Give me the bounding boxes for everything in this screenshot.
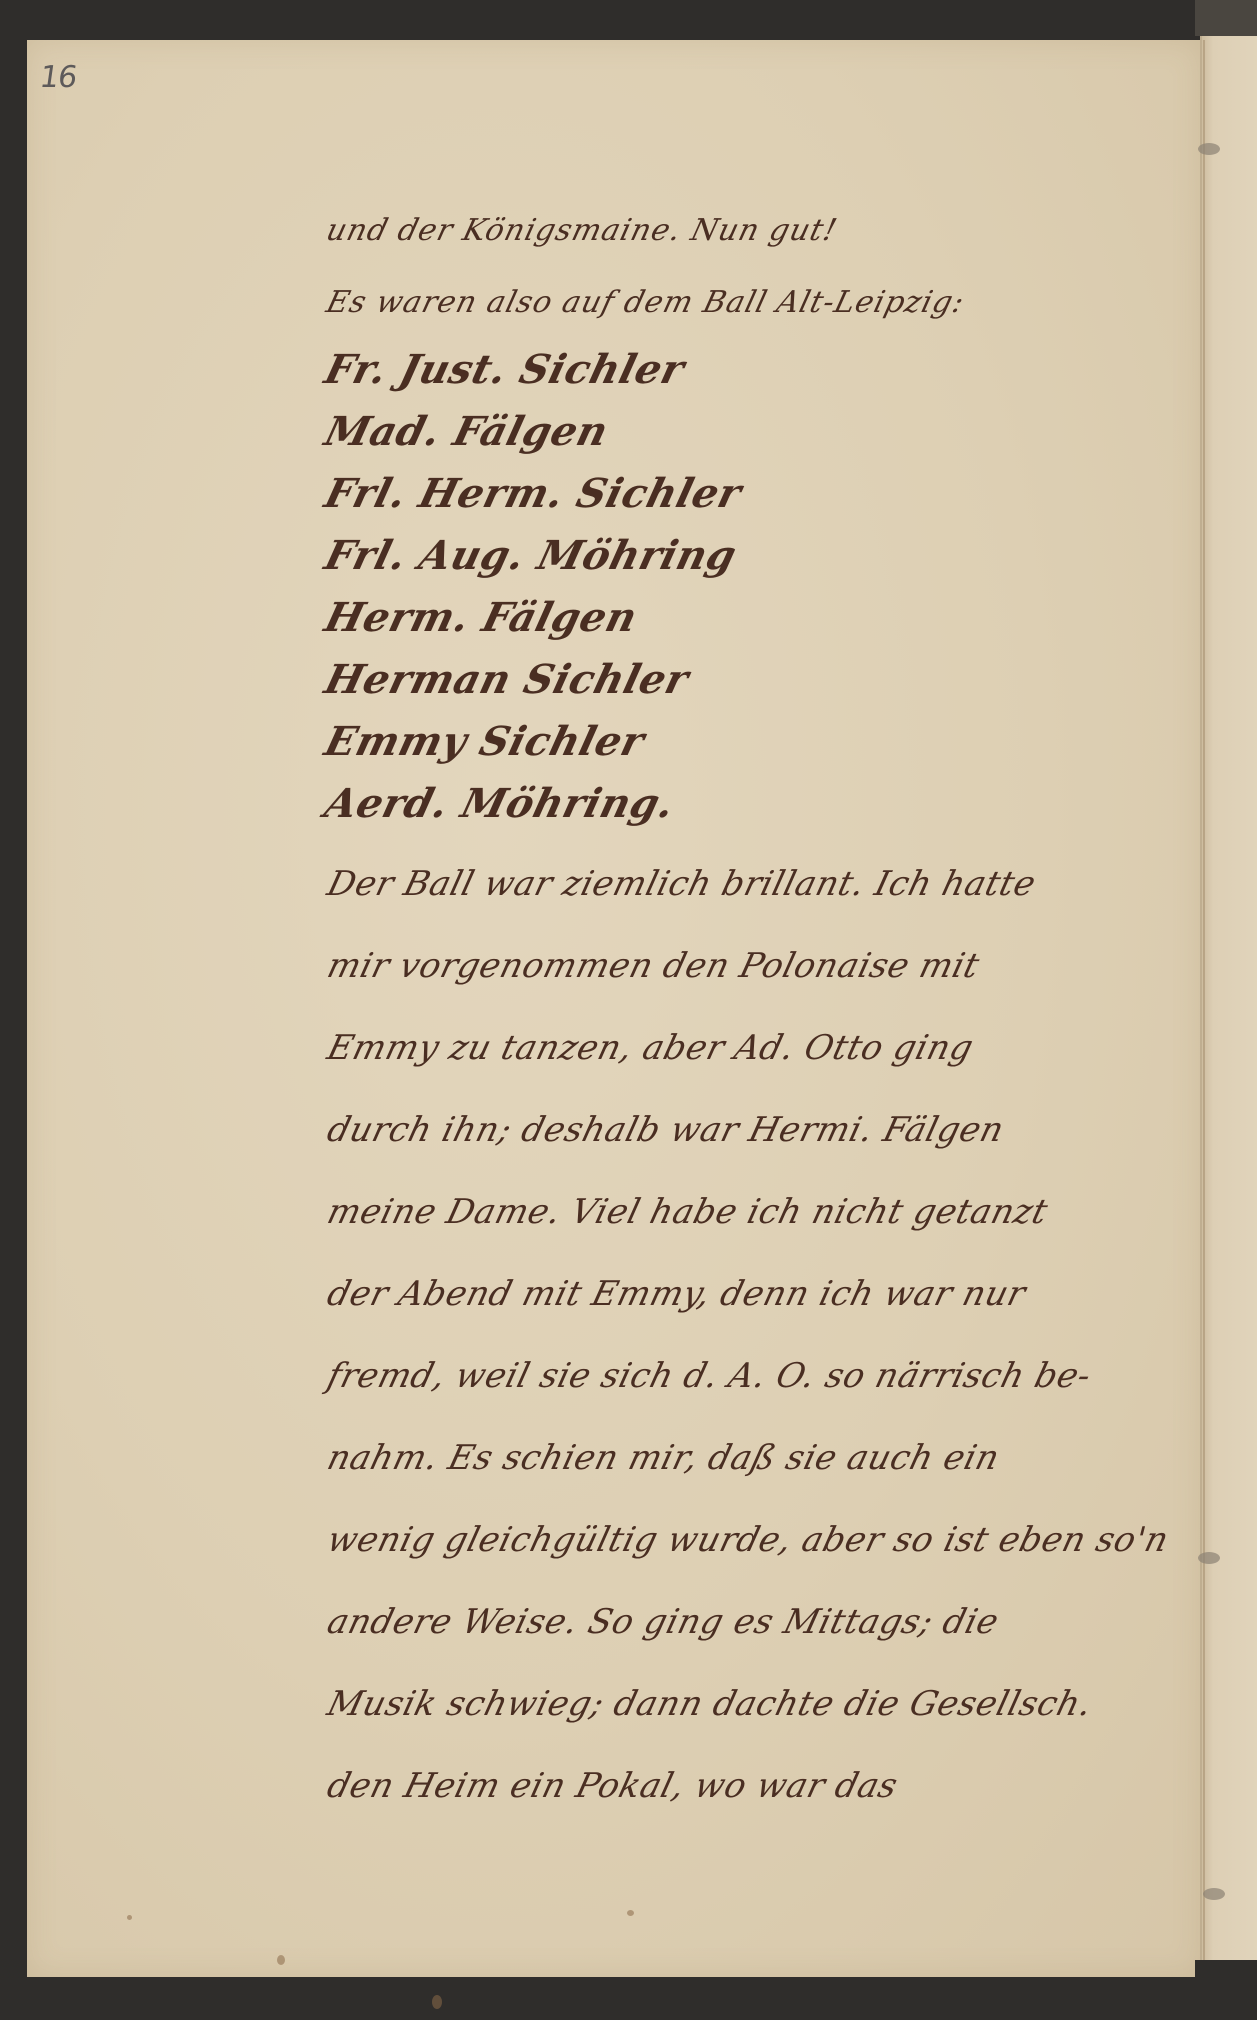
- body-text: Der Ball war ziemlich brillant. Ich hatt…: [318, 843, 1158, 1827]
- binding-stitch: [1203, 1888, 1225, 1900]
- text-line: nahm. Es schien mir, daß sie auch ein: [318, 1417, 1178, 1499]
- text-line: meine Dame. Viel habe ich nicht getanzt: [318, 1171, 1178, 1253]
- text-line: Der Ball war ziemlich brillant. Ich hatt…: [318, 843, 1178, 925]
- guest-name: Frl. Aug. Möhring: [318, 525, 1173, 587]
- text-line: durch ihn; deshalb war Hermi. Fälgen: [318, 1089, 1178, 1171]
- handwritten-text: und der Königsmaine. Nun gut! Es waren a…: [318, 195, 1158, 1827]
- guest-name: Emmy Sichler: [318, 711, 1173, 773]
- binding-gutter: [1200, 36, 1257, 1996]
- text-line: mir vorgenommen den Polonaise mit: [318, 925, 1178, 1007]
- guest-name: Mad. Fälgen: [318, 401, 1173, 463]
- paper-speck: [627, 1910, 634, 1916]
- text-line: andere Weise. So ging es Mittags; die: [318, 1581, 1178, 1663]
- guest-name: Herman Sichler: [318, 649, 1173, 711]
- guest-name: Aerd. Möhring.: [318, 773, 1173, 835]
- binding-top-edge: [1195, 0, 1257, 36]
- text-line: den Heim ein Pokal, wo war das: [318, 1745, 1178, 1827]
- text-line: der Abend mit Emmy, denn ich war nur: [318, 1253, 1178, 1335]
- text-line: Emmy zu tanzen, aber Ad. Otto ging: [318, 1007, 1178, 1089]
- guest-list: Fr. Just. Sichler Mad. Fälgen Frl. Herm.…: [318, 339, 1158, 835]
- page-fold: [1203, 40, 1205, 1960]
- text-line: fremd, weil sie sich d. A. O. so närrisc…: [318, 1335, 1178, 1417]
- binding-bottom-edge: [1195, 1960, 1257, 2020]
- guest-name: Fr. Just. Sichler: [318, 339, 1173, 401]
- binding-stitch: [1198, 143, 1220, 155]
- text-line: und der Königsmaine. Nun gut!: [318, 195, 1176, 267]
- page-number: 16: [38, 60, 79, 95]
- text-line: Musik schwieg; dann dachte die Gesellsch…: [318, 1663, 1178, 1745]
- paper-speck: [127, 1915, 132, 1920]
- guest-name: Frl. Herm. Sichler: [318, 463, 1173, 525]
- scanned-manuscript: 16 und der Königsmaine. Nun gut! Es ware…: [0, 0, 1257, 2020]
- paper-speck: [432, 1995, 442, 2009]
- guest-name: Herm. Fälgen: [318, 587, 1173, 649]
- text-line: Es waren also auf dem Ball Alt-Leipzig:: [318, 267, 1176, 339]
- text-line: wenig gleichgültig wurde, aber so ist eb…: [318, 1499, 1178, 1581]
- paper-speck: [277, 1955, 285, 1965]
- binding-stitch: [1198, 1552, 1220, 1564]
